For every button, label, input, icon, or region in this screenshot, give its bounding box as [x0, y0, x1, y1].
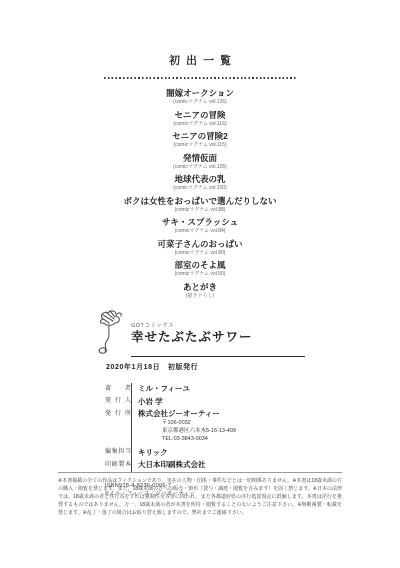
chapter-source: (comicマグナム vol.80): [0, 250, 400, 257]
chapter-source: (comicマグナム vol.100): [0, 185, 400, 192]
chapter-title: 発情仮面: [0, 153, 400, 163]
list-item: 発情仮面 (comicマグナム vol.105): [0, 153, 400, 171]
title-rule: [131, 356, 305, 357]
edition-date: 2020年1月18日 初版発行: [106, 362, 305, 372]
list-item: 闇嫁オークション (comicマグナム vol.126): [0, 88, 400, 106]
credits-table: 著者 ミル・フィーユ 発行人 小岩 学 発行所 株式会社ジーオーティー 〒106…: [105, 383, 305, 472]
credit-role: 著者: [105, 383, 131, 396]
list-item: ボクは女性をおっぱいで選んだりしない (comicマグナム vol.88): [0, 196, 400, 214]
chapter-title: 地球代表の乳: [0, 174, 400, 184]
chapter-source: (comicマグナム vol.116): [0, 121, 400, 128]
chapter-source: (comicマグナム vol.115): [0, 142, 400, 149]
dotted-separator: [104, 77, 296, 79]
list-item: 部室のそよ風 (comicマグナム vol.50): [0, 260, 400, 278]
list-item: サキ・スプラッシュ (comicマグナム vol.84): [0, 217, 400, 235]
chapter-title: あとがき: [0, 282, 400, 292]
credit-row-publisher-company: 発行所 株式会社ジーオーティー 〒106-0032 東京都港区六本木5-16-1…: [105, 408, 305, 447]
colophon-block: GOTコミックス 幸せたぶたぶサワー 2020年1月18日 初版発行 著者 ミル…: [100, 306, 305, 498]
imprint-label: GOTコミックス: [131, 306, 305, 330]
publisher-postal: 〒106-0032: [138, 420, 305, 427]
chapter-title: ボクは女性をおっぱいで選んだりしない: [0, 196, 400, 206]
chapter-source: (comicマグナム vol.84): [0, 228, 400, 235]
credit-role: 印刷製本: [105, 459, 131, 472]
chapter-source: (comicマグナム vol.88): [0, 207, 400, 214]
credit-role: 発行所: [105, 408, 131, 447]
credit-value: 小岩 学: [131, 396, 305, 409]
credit-value: ミル・フィーユ: [131, 383, 305, 396]
credit-row-publisher-person: 発行人 小岩 学: [105, 396, 305, 409]
credit-role: 発行人: [105, 396, 131, 409]
credit-row-author: 著者 ミル・フィーユ: [105, 383, 305, 396]
chapter-source: (comicマグナム vol.50): [0, 271, 400, 278]
list-item: 地球代表の乳 (comicマグナム vol.100): [0, 174, 400, 192]
chapter-title: セニアの冒険2: [0, 131, 400, 141]
chapter-title: 可菜子さんのおっぱい: [0, 239, 400, 249]
publisher-address: 東京都港区六本木5-16-13-409: [138, 428, 305, 435]
book-title: 幸せたぶたぶサワー: [131, 330, 305, 344]
publisher-phone: TEL:03-3843-0034: [138, 436, 305, 443]
chapter-title: サキ・スプラッシュ: [0, 217, 400, 227]
credit-row-printer: 印刷製本 大日本印刷株式会社: [105, 459, 305, 472]
colophon-page: 初出一覧 闇嫁オークション (comicマグナム vol.126) セニアの冒険…: [0, 0, 400, 568]
hand-drawn-doodle-icon: [95, 308, 127, 356]
credit-value: 大日本印刷株式会社: [131, 459, 305, 472]
list-item: セニアの冒険 (comicマグナム vol.116): [0, 110, 400, 128]
credit-row-editor: 編集担当 キリック: [105, 447, 305, 460]
publisher-name: 株式会社ジーオーティー: [138, 410, 305, 419]
chapter-source: (comicマグナム vol.105): [0, 164, 400, 171]
first-publication-list: 初出一覧 闇嫁オークション (comicマグナム vol.126) セニアの冒険…: [0, 52, 400, 303]
chapter-title: 部室のそよ風: [0, 260, 400, 270]
credit-value: キリック: [131, 447, 305, 460]
colophon-header: GOTコミックス 幸せたぶたぶサワー: [100, 306, 305, 354]
section-title: 初出一覧: [0, 52, 400, 68]
legal-disclaimer: ※本書掲載の全ての作品はフィクションであり、実在の人物・団体・事件などとは一切関…: [58, 472, 342, 517]
credit-role: 編集担当: [105, 447, 131, 460]
credit-value: 株式会社ジーオーティー 〒106-0032 東京都港区六本木5-16-13-40…: [131, 408, 305, 447]
chapter-title: 闇嫁オークション: [0, 88, 400, 98]
list-item: セニアの冒険2 (comicマグナム vol.115): [0, 131, 400, 149]
chapter-source: (描き下ろし): [0, 293, 400, 300]
chapter-source: (comicマグナム vol.126): [0, 99, 400, 106]
list-item: 可菜子さんのおっぱい (comicマグナム vol.80): [0, 239, 400, 257]
list-item: あとがき (描き下ろし): [0, 282, 400, 300]
chapter-title: セニアの冒険: [0, 110, 400, 120]
